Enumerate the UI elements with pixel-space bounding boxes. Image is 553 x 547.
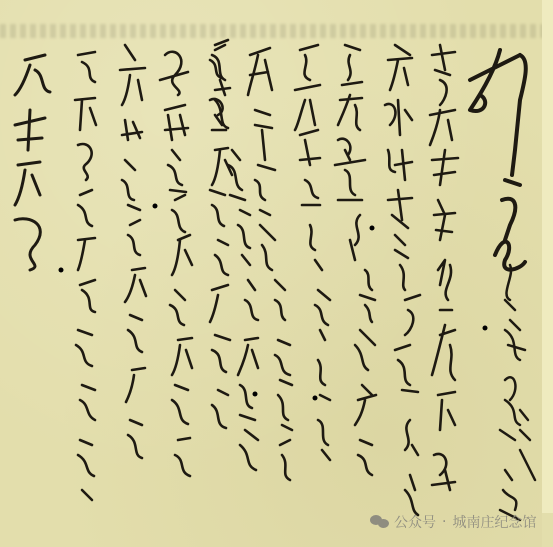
watermark-source: 公众号 [394, 512, 436, 532]
watermark-account: 城南庄纪念馆 [452, 512, 536, 532]
column-9 [160, 52, 192, 476]
wechat-icon [370, 514, 390, 530]
punctuation-marks [59, 204, 488, 401]
column-6 [248, 48, 292, 480]
calligraphy-strokes [0, 0, 553, 547]
calligraphy-image: 公众号 · 城南庄纪念馆 [0, 0, 553, 547]
column-2 [430, 45, 458, 490]
column-11 [75, 52, 96, 500]
column-10 [120, 45, 146, 458]
watermark: 公众号 · 城南庄纪念馆 [370, 512, 536, 532]
column-12 [15, 55, 50, 270]
column-3 [385, 45, 420, 515]
watermark-separator: · [442, 514, 446, 530]
column-1 [470, 50, 535, 520]
column-5 [295, 45, 330, 460]
column-4 [335, 45, 376, 475]
